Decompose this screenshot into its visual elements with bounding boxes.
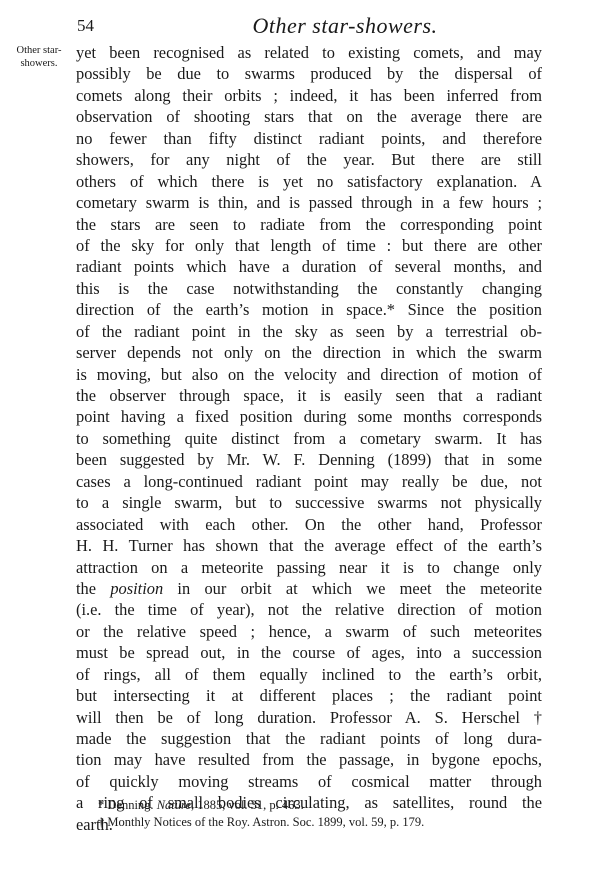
text-line: is moving, but also on the velocity and … xyxy=(76,364,542,385)
text-line: H. H. Turner has shown that the average … xyxy=(76,535,542,556)
text-line: yet been recognised as related to existi… xyxy=(76,42,542,63)
text-line: others of which there is yet no satisfac… xyxy=(76,171,542,192)
text-line: of the radiant point in the sky as seen … xyxy=(76,321,542,342)
text-line: showers, for any night of the year. But … xyxy=(76,149,542,170)
text-line: the stars are seen to radiate from the c… xyxy=(76,214,542,235)
text-line: observation of shooting stars that on th… xyxy=(76,106,542,127)
journal-title: Nature xyxy=(157,798,191,812)
footnote: * Denning. Nature, 1885, vol. 31, p. 463… xyxy=(98,797,558,814)
text-line: this is the case notwithstanding the con… xyxy=(76,278,542,299)
book-page: 54 Other star-showers. Other star- showe… xyxy=(0,0,590,870)
text-line: comets along their orbits ; indeed, it h… xyxy=(76,85,542,106)
footnote-marker: † xyxy=(98,815,104,829)
text-line: cases a long-continued radiant point may… xyxy=(76,471,542,492)
margin-note-line: Other star- xyxy=(6,44,72,57)
text-line: made the suggestion that the radiant poi… xyxy=(76,728,542,749)
text-line: but intersecting it at different places … xyxy=(76,685,542,706)
text-line: the observer through space, it is easily… xyxy=(76,385,542,406)
text-line: or the relative speed ; hence, a swarm o… xyxy=(76,621,542,642)
text-line: the position in our orbit at which we me… xyxy=(76,578,542,599)
text-line: cometary swarm is thin, and is passed th… xyxy=(76,192,542,213)
text-line: to something quite distinct from a comet… xyxy=(76,428,542,449)
text-line: associated with each other. On the other… xyxy=(76,514,542,535)
margin-note: Other star- showers. xyxy=(6,44,72,70)
running-title: Other star-showers. xyxy=(200,13,490,39)
text-line: point having a fixed position during som… xyxy=(76,406,542,427)
footnote-marker: * xyxy=(98,798,104,812)
footnote: † Monthly Notices of the Roy. Astron. So… xyxy=(98,814,558,831)
text-line: tion may have resulted from the passage,… xyxy=(76,749,542,770)
text-line: possibly be due to swarms produced by th… xyxy=(76,63,542,84)
text-line: will then be of long duration. Professor… xyxy=(76,707,542,728)
text-line: of rings, all of them equally inclined t… xyxy=(76,664,542,685)
text-line: server depends not only on the direction… xyxy=(76,342,542,363)
italic-emphasis: position xyxy=(110,579,163,598)
text-line: direction of the earth’s motion in space… xyxy=(76,299,542,320)
text-line: must be spread out, in the course of age… xyxy=(76,642,542,663)
footnotes: * Denning. Nature, 1885, vol. 31, p. 463… xyxy=(98,797,558,831)
text-line: been suggested by Mr. W. F. Denning (189… xyxy=(76,449,542,470)
text-line: attraction on a meteorite passing near i… xyxy=(76,557,542,578)
text-line: (i.e. the time of year), not the relativ… xyxy=(76,599,542,620)
text-line: of quickly moving streams of cosmical ma… xyxy=(76,771,542,792)
body-paragraph: yet been recognised as related to existi… xyxy=(76,42,542,835)
text-line: no fewer than fifty distinct radiant poi… xyxy=(76,128,542,149)
margin-note-line: showers. xyxy=(6,57,72,70)
text-line: of the sky for only that length of time … xyxy=(76,235,542,256)
text-line: to a single swarm, but to successive swa… xyxy=(76,492,542,513)
text-line: radiant points which have a duration of … xyxy=(76,256,542,277)
page-number: 54 xyxy=(77,16,94,36)
